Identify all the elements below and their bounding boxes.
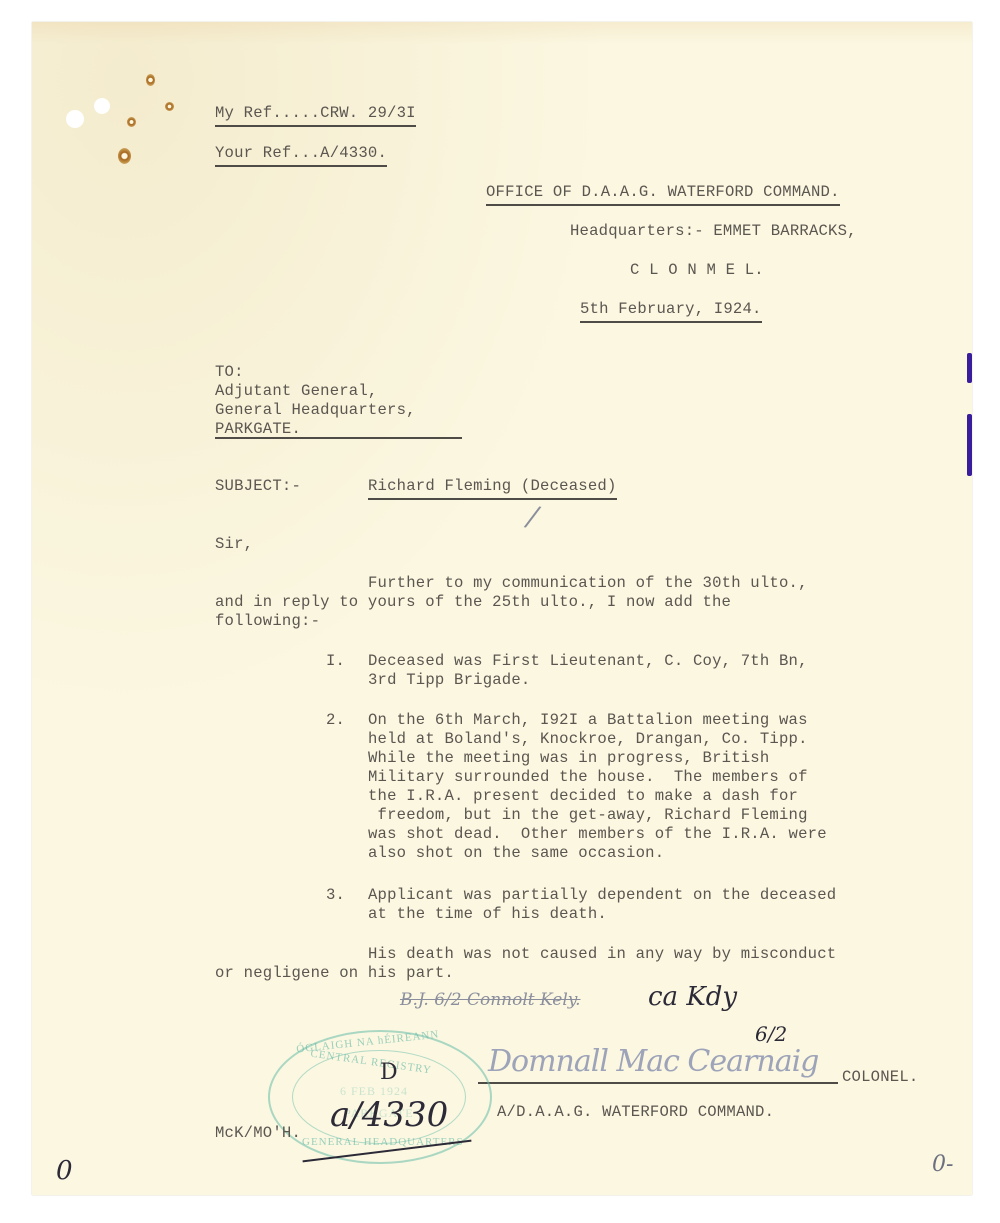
ink-date: 6/2	[755, 1022, 787, 1046]
signature-line	[478, 1082, 838, 1084]
your-ref: Your Ref...A/4330.	[215, 144, 387, 167]
recipient-line-2: General Headquarters,	[215, 401, 416, 421]
signature-title: A/D.A.A.G. WATERFORD COMMAND.	[497, 1103, 774, 1123]
item-line: the I.R.A. present decided to make a das…	[368, 787, 798, 807]
stamp-bottom: GENERAL HEADQUARTERS	[302, 1136, 464, 1148]
file-number: a/4330	[330, 1095, 448, 1135]
item-line: On the 6th March, I92I a Battalion meeti…	[368, 711, 808, 731]
signature-rank: COLONEL.	[842, 1068, 918, 1088]
headquarters-line: Headquarters:- EMMET BARRACKS,	[570, 222, 857, 242]
rust-mark	[127, 117, 136, 127]
my-ref: My Ref.....CRW. 29/3I	[215, 104, 416, 127]
item-line: at the time of his death.	[368, 905, 607, 925]
item-line: Applicant was partially dependent on the…	[368, 886, 836, 906]
punch-hole	[66, 110, 84, 128]
corner-mark-right: 0-	[932, 1152, 953, 1177]
intro-line-3: following:-	[215, 612, 320, 632]
punch-hole	[94, 98, 110, 114]
item-line: also shot on the same occasion.	[368, 844, 664, 864]
item-line: freedom, but in the get-away, Richard Fl…	[368, 806, 808, 826]
intro-line-2: and in reply to yours of the 25th ulto.,…	[215, 593, 731, 613]
rust-mark	[146, 74, 155, 86]
signature: Domnall Mac Cearnaig	[488, 1044, 818, 1079]
pencil-note: B.J. 6/2 Connolt Kely.	[400, 990, 581, 1010]
subject-label: SUBJECT:-	[215, 477, 301, 497]
item-line: Deceased was First Lieutenant, C. Coy, 7…	[368, 652, 808, 672]
item-line: 3rd Tipp Brigade.	[368, 671, 530, 691]
town-line: C L O N M E L.	[630, 261, 764, 281]
to-label: TO:	[215, 363, 244, 383]
recipient-underline	[215, 437, 462, 439]
office-heading: OFFICE OF D.A.A.G. WATERFORD COMMAND.	[486, 183, 840, 206]
item-line: Military surrounded the house. The membe…	[368, 768, 808, 788]
intro-line-1: Further to my communication of the 30th …	[368, 574, 808, 594]
closing-line-2: or negligene on his part.	[215, 964, 454, 984]
recipient-line-1: Adjutant General,	[215, 382, 377, 402]
file-letter: D	[380, 1060, 398, 1085]
closing-line-1: His death was not caused in any way by m…	[368, 945, 836, 965]
ink-initials: ca Kdy	[648, 982, 737, 1012]
item-number: I.	[326, 652, 345, 672]
salutation: Sir,	[215, 535, 253, 555]
subject-value: Richard Fleming (Deceased)	[368, 477, 617, 500]
rust-mark	[165, 102, 174, 111]
corner-mark-left: 0	[56, 1156, 73, 1186]
purple-edge-mark	[967, 414, 972, 476]
item-line: While the meeting was in progress, Briti…	[368, 749, 769, 769]
item-number: 3.	[326, 886, 345, 906]
purple-edge-mark	[967, 353, 972, 383]
item-number: 2.	[326, 711, 345, 731]
reference-initials: McK/MO'H.	[215, 1124, 301, 1144]
item-line: was shot dead. Other members of the I.R.…	[368, 825, 827, 845]
rust-mark	[118, 148, 131, 164]
letter-date: 5th February, I924.	[580, 300, 762, 323]
item-line: held at Boland's, Knockroe, Drangan, Co.…	[368, 730, 808, 750]
